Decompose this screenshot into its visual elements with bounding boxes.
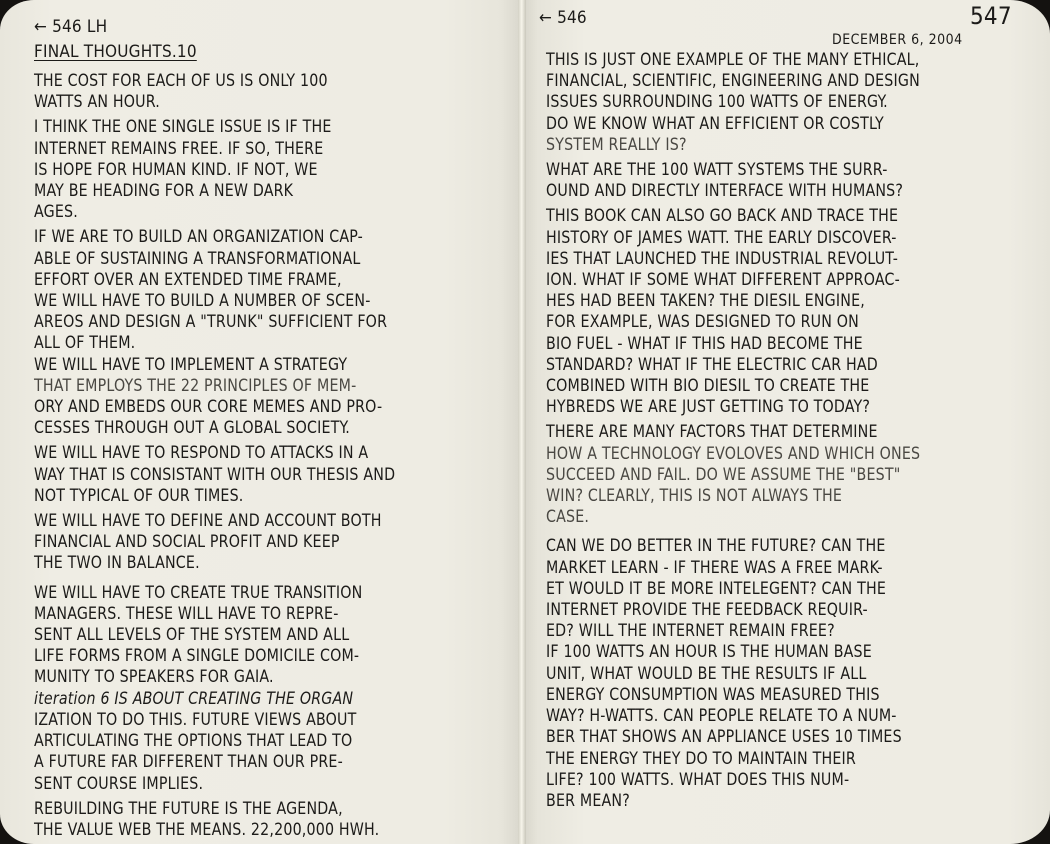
back-reference: ← 546 Lh	[34, 17, 107, 37]
text-line: BIO FUEL - WHAT IF THIS HAD BECOME THE	[546, 334, 920, 355]
text-line: WE WILL HAVE TO RESPOND TO ATTACKS IN A	[34, 443, 395, 464]
text-line: NOT TYPICAL OF OUR TIMES.	[34, 486, 395, 507]
text-line: SENT COURSE IMPLIES.	[34, 774, 395, 795]
text-line: THE COST FOR EACH OF US IS ONLY 100	[34, 71, 395, 92]
text-line: LIFE? 100 WATTS. WHAT DOES THIS NUM-	[546, 770, 920, 791]
text-line: ION. WHAT IF SOME WHAT DIFFERENT APPROAC…	[546, 270, 920, 291]
text-line: INTERNET REMAINS FREE. IF SO, THERE	[34, 139, 395, 160]
text-line: THE TWO IN BALANCE.	[34, 553, 395, 574]
text-line: COMBINED WITH BIO DIESIL TO CREATE THE	[546, 376, 920, 397]
text-line: HES HAD BEEN TAKEN? THE DIESIL ENGINE,	[546, 291, 920, 312]
text-line: WE WILL HAVE TO CREATE TRUE TRANSITION	[34, 583, 395, 604]
text-line: WAY? H-WATTS. CAN PEOPLE RELATE TO A NUM…	[546, 706, 920, 727]
text-line: WATTS AN HOUR.	[34, 92, 395, 113]
text-line: FINANCIAL AND SOCIAL PROFIT AND KEEP	[34, 532, 395, 553]
text-line: iteration 6 IS ABOUT CREATING THE ORGAN	[34, 689, 395, 710]
text-line: BER THAT SHOWS AN APPLIANCE USES 10 TIME…	[546, 727, 920, 748]
text-line: MANAGERS. THESE WILL HAVE TO REPRE-	[34, 604, 395, 625]
text-line: WAY THAT IS CONSISTANT WITH OUR THESIS A…	[34, 465, 395, 486]
text-line: THAT EMPLOYS THE 22 PRINCIPLES OF MEM-	[34, 376, 395, 397]
text-line: HYBREDS WE ARE JUST GETTING TO TODAY?	[546, 397, 920, 418]
text-line: REBUILDING THE FUTURE IS THE AGENDA,	[34, 799, 395, 820]
left-page: ← 546 Lh FINAL THOUGHTS.10 THE COST FOR …	[0, 0, 522, 844]
entry-date: DECEMBER 6, 2004	[832, 32, 963, 48]
text-line: IS HOPE FOR HUMAN KIND. IF NOT, WE	[34, 160, 395, 181]
text-line: ABLE OF SUSTAINING A TRANSFORMATIONAL	[34, 249, 395, 270]
text-line: DO WE KNOW WHAT AN EFFICIENT OR COSTLY	[546, 114, 920, 135]
text-line: SENT ALL LEVELS OF THE SYSTEM AND ALL	[34, 625, 395, 646]
text-line: WE WILL HAVE TO DEFINE AND ACCOUNT BOTH	[34, 511, 395, 532]
text-line: IF 100 WATTS AN HOUR IS THE HUMAN BASE	[546, 642, 920, 663]
page-number: 547	[970, 2, 1012, 30]
text-line: THERE ARE MANY FACTORS THAT DETERMINE	[546, 422, 920, 443]
right-page: ← 546 547 DECEMBER 6, 2004 THIS IS JUST …	[522, 0, 1050, 844]
text-line: WHAT ARE THE 100 WATT SYSTEMS THE SURR-	[546, 160, 920, 181]
text-line: INTERNET PROVIDE THE FEEDBACK REQUIR-	[546, 600, 920, 621]
text-line: AREOS AND DESIGN A "TRUNK" SUFFICIENT FO…	[34, 312, 395, 333]
text-line: ISSUES SURROUNDING 100 WATTS OF ENERGY.	[546, 92, 920, 113]
text-line: UNIT, WHAT WOULD BE THE RESULTS IF ALL	[546, 664, 920, 685]
text-line: LIFE FORMS FROM A SINGLE DOMICILE COM-	[34, 646, 395, 667]
text-line: THIS IS JUST ONE EXAMPLE OF THE MANY ETH…	[546, 50, 920, 71]
text-line: FINANCIAL, SCIENTIFIC, ENGINEERING AND D…	[546, 71, 920, 92]
text-line: WE WILL HAVE TO IMPLEMENT A STRATEGY	[34, 355, 395, 376]
text-line: STANDARD? WHAT IF THE ELECTRIC CAR HAD	[546, 355, 920, 376]
text-line: FOR EXAMPLE, WAS DESIGNED TO RUN ON	[546, 312, 920, 333]
text-line: A FUTURE FAR DIFFERENT THAN OUR PRE-	[34, 752, 395, 773]
text-line: HOW A TECHNOLOGY EVOLOVES AND WHICH ONES	[546, 444, 920, 465]
text-line: CESSES THROUGH OUT A GLOBAL SOCIETY.	[34, 418, 395, 439]
back-reference: ← 546	[539, 8, 587, 28]
text-line: OUND AND DIRECTLY INTERFACE WITH HUMANS?	[546, 181, 920, 202]
text-line: MARKET LEARN - IF THERE WAS A FREE MARK-	[546, 558, 920, 579]
text-line: MUNITY TO SPEAKERS FOR GAIA.	[34, 667, 395, 688]
text-line: SYSTEM REALLY IS?	[546, 135, 920, 156]
text-line: ALL OF THEM.	[34, 333, 395, 354]
text-line: WE WILL HAVE TO BUILD A NUMBER OF SCEN-	[34, 291, 395, 312]
text-line: THIS BOOK CAN ALSO GO BACK AND TRACE THE	[546, 206, 920, 227]
notebook-spread: ← 546 Lh FINAL THOUGHTS.10 THE COST FOR …	[0, 0, 1050, 844]
text-line: SUCCEED AND FAIL. DO WE ASSUME THE "BEST…	[546, 465, 920, 486]
text-line: EFFORT OVER AN EXTENDED TIME FRAME,	[34, 270, 395, 291]
text-line: MAY BE HEADING FOR A NEW DARK	[34, 181, 395, 202]
text-line: WIN? CLEARLY, THIS IS NOT ALWAYS THE	[546, 486, 920, 507]
book-gutter	[518, 0, 526, 844]
page-title: FINAL THOUGHTS.10	[34, 42, 197, 62]
right-page-text: THIS IS JUST ONE EXAMPLE OF THE MANY ETH…	[546, 50, 948, 812]
text-line: AGES.	[34, 202, 395, 223]
text-line: CAN WE DO BETTER IN THE FUTURE? CAN THE	[546, 536, 920, 557]
text-line: CASE.	[546, 507, 920, 528]
text-line: BER MEAN?	[546, 791, 920, 812]
text-line: IZATION TO DO THIS. FUTURE VIEWS ABOUT	[34, 710, 395, 731]
text-line: ORY AND EMBEDS OUR CORE MEMES AND PRO-	[34, 397, 395, 418]
text-line: HISTORY OF JAMES WATT. THE EARLY DISCOVE…	[546, 228, 920, 249]
text-line: ED? WILL THE INTERNET REMAIN FREE?	[546, 621, 920, 642]
text-line: IF WE ARE TO BUILD AN ORGANIZATION CAP-	[34, 227, 395, 248]
text-line: ENERGY CONSUMPTION WAS MEASURED THIS	[546, 685, 920, 706]
text-line: I THINK THE ONE SINGLE ISSUE IS IF THE	[34, 117, 395, 138]
left-page-text: THE COST FOR EACH OF US IS ONLY 100 WATT…	[34, 71, 422, 841]
text-line: THE ENERGY THEY DO TO MAINTAIN THEIR	[546, 749, 920, 770]
text-line: ARTICULATING THE OPTIONS THAT LEAD TO	[34, 731, 395, 752]
text-line: THE VALUE WEB THE MEANS. 22,200,000 HWH.	[34, 820, 395, 841]
text-line: IES THAT LAUNCHED THE INDUSTRIAL REVOLUT…	[546, 249, 920, 270]
text-line: ET WOULD IT BE MORE INTELEGENT? CAN THE	[546, 579, 920, 600]
